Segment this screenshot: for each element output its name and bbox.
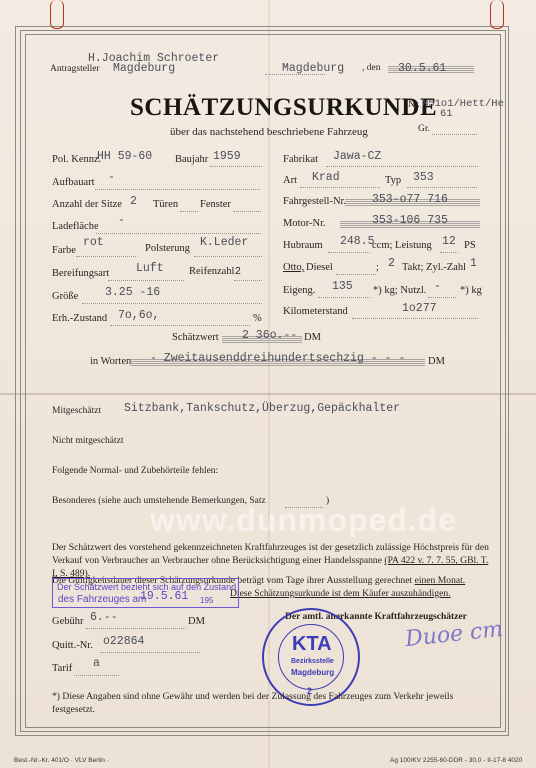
groesse-value: 3.25 -16 bbox=[105, 286, 160, 299]
zustand-label: Erh.-Zustand bbox=[52, 313, 107, 324]
gr-label: Gr. bbox=[418, 124, 430, 134]
farbe-label: Farbe bbox=[52, 245, 76, 256]
gebuehr-value: 6.-- bbox=[90, 611, 118, 624]
footnote: *) Diese Angaben sind ohne Gewähr und we… bbox=[52, 690, 492, 716]
nutzl-value: - bbox=[434, 280, 441, 293]
in-worten-value: - Zweitausenddreihundertsechzig - - - bbox=[150, 352, 405, 365]
sitze-value: 2 bbox=[130, 195, 137, 208]
eigeng-value: 135 bbox=[332, 280, 353, 293]
ccm-leistung-label: ccm; Leistung bbox=[372, 240, 432, 251]
motor-value: 353-106 735 bbox=[372, 214, 448, 227]
pol-kennz-value: HH 59-60 bbox=[97, 150, 152, 163]
bereifung-label: Bereifungsart bbox=[52, 268, 109, 279]
ladeflaeche-label: Ladefläche bbox=[52, 221, 99, 232]
fabrikat-label: Fabrikat bbox=[283, 154, 318, 165]
kg-nutzl-label: *) kg; Nutzl. bbox=[373, 285, 426, 296]
page-title: SCHÄTZUNGSURKUNDE bbox=[130, 94, 437, 122]
kta-stamp-text: KTA bbox=[292, 633, 332, 656]
stamp-date: 19.5.61 bbox=[140, 590, 188, 603]
stamp-year: 195 bbox=[200, 596, 213, 605]
polsterung-value: K.Leder bbox=[200, 236, 248, 249]
aufbauart-value: - bbox=[108, 171, 115, 184]
subtitle: über das nachstehend beschriebene Fahrze… bbox=[170, 126, 368, 138]
sitze-label: Anzahl der Sitze bbox=[52, 199, 122, 210]
otto-label: Otto, bbox=[283, 262, 304, 273]
tueren-label: Türen bbox=[153, 199, 178, 210]
fahrgestell-value: 353-o77 716 bbox=[372, 193, 448, 206]
date: 30.5.61 bbox=[398, 62, 446, 75]
place: Magdeburg bbox=[282, 62, 344, 75]
bereifung-value: Luft bbox=[136, 262, 164, 275]
date-label: , den bbox=[362, 63, 380, 73]
applicant-city: Magdeburg bbox=[113, 62, 175, 75]
ladeflaeche-value: - bbox=[118, 214, 125, 227]
zyl-value: 1 bbox=[470, 257, 477, 270]
schaetzwert-value: 2 36o.-- bbox=[242, 329, 297, 342]
leistung-value: 12 bbox=[442, 235, 456, 248]
reifenzahl-value: 2 bbox=[235, 265, 241, 277]
quitt-value: o22864 bbox=[103, 635, 144, 648]
applicant-label: Antragsteller bbox=[50, 64, 100, 74]
footer-right: Ag 100/KV 2255-60-DDR - 30,0 - II-17-8 4… bbox=[390, 757, 522, 764]
art-label: Art bbox=[283, 175, 297, 186]
motor-label: Motor-Nr. bbox=[283, 218, 326, 229]
besonderes-label: Besonderes (siehe auch umstehende Bemerk… bbox=[52, 496, 266, 506]
kg-label: *) kg bbox=[460, 285, 482, 296]
footer-left: Best.-Nr.-Kr. 401/O · VLV Berlin · bbox=[14, 757, 109, 764]
dm-label: DM bbox=[188, 616, 205, 627]
zustand-value: 7o,6o, bbox=[118, 309, 159, 322]
art-value: Krad bbox=[312, 171, 340, 184]
takt-zyl-label: Takt; Zyl.-Zahl bbox=[402, 262, 466, 273]
fahrgestell-label: Fahrgestell-Nr. bbox=[283, 196, 346, 207]
in-worten-label: in Worten bbox=[90, 356, 131, 367]
paperclip-icon bbox=[50, 0, 64, 29]
quitt-label: Quitt.-Nr. bbox=[52, 640, 93, 651]
validity-period: einen Monat. bbox=[415, 575, 466, 586]
gebuehr-label: Gebühr bbox=[52, 616, 84, 627]
tarif-value: a bbox=[93, 657, 100, 670]
km-label: Kilometerstand bbox=[283, 306, 348, 317]
stamp-line2: des Fahrzeuges am bbox=[58, 594, 146, 605]
percent-label: % bbox=[253, 313, 262, 324]
baujahr-value: 1959 bbox=[213, 150, 241, 163]
document-year: 61 bbox=[440, 108, 453, 120]
polsterung-label: Polsterung bbox=[145, 243, 190, 254]
groesse-label: Größe bbox=[52, 291, 78, 302]
hubraum-label: Hubraum bbox=[283, 240, 323, 251]
fabrikat-value: Jawa-CZ bbox=[333, 150, 381, 163]
diesel-label: Diesel bbox=[306, 262, 333, 273]
ps-label: PS bbox=[464, 240, 476, 251]
aufbauart-label: Aufbauart bbox=[52, 177, 95, 188]
number-label: Nr. bbox=[408, 100, 420, 110]
stamp-office: Bezirksstelle bbox=[291, 658, 334, 665]
km-value: 1o277 bbox=[402, 302, 437, 315]
document-number: M51o1/Hett/He bbox=[422, 98, 504, 110]
besonderes-close: ) bbox=[326, 496, 329, 506]
typ-label: Typ bbox=[385, 175, 401, 186]
dm-label: DM bbox=[428, 356, 445, 367]
pol-kennz-label: Pol. Kennz. bbox=[52, 154, 101, 165]
handover-text: Diese Schätzungsurkunde ist dem Käufer a… bbox=[230, 588, 451, 599]
fehlende-teile-label: Folgende Normal- und Zubehörteile fehlen… bbox=[52, 466, 218, 476]
reifenzahl-label: Reifenzahl bbox=[189, 266, 234, 277]
separator: ; bbox=[376, 262, 379, 273]
fenster-label: Fenster bbox=[200, 199, 231, 210]
baujahr-label: Baujahr bbox=[175, 154, 208, 165]
nicht-mitgeschaetzt-label: Nicht mitgeschätzt bbox=[52, 436, 124, 446]
eigeng-label: Eigeng. bbox=[283, 285, 315, 296]
paperclip-icon bbox=[490, 0, 504, 29]
dm-label: DM bbox=[304, 332, 321, 343]
farbe-value: rot bbox=[83, 236, 104, 249]
typ-value: 353 bbox=[413, 171, 434, 184]
hubraum-value: 248.5 bbox=[340, 235, 375, 248]
tarif-label: Tarif bbox=[52, 663, 72, 674]
takt-value: 2 bbox=[388, 257, 395, 270]
mitgeschaetzt-label: Mitgeschätzt bbox=[52, 406, 101, 416]
mitgeschaetzt-value: Sitzbank,Tankschutz,Überzug,Gepäckhalter bbox=[124, 402, 400, 415]
schaetzwert-label: Schätzwert bbox=[172, 332, 219, 343]
stamp-city: Magdeburg bbox=[291, 668, 334, 677]
